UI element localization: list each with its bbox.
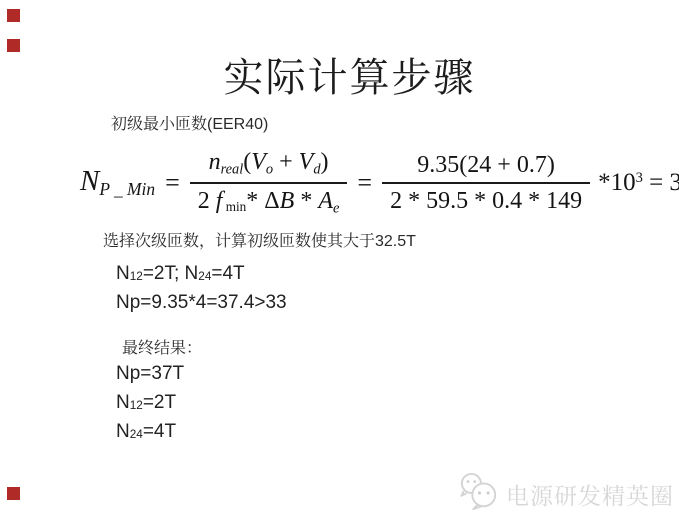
primary-turns-heading: 初级最小匝数(EER40)	[111, 111, 268, 134]
equals-sign-1: =	[163, 168, 182, 198]
red-bullet-marker-top-2	[7, 39, 20, 52]
secondary-turns-note: 选择次级匝数，计算初级匝数使其大于32.5T	[103, 228, 416, 251]
turns-calc-line-1: N12=2T; N24=4T	[116, 263, 245, 285]
watermark-text: 电源研发精英圈	[506, 478, 674, 511]
red-bullet-marker-bottom	[7, 487, 20, 500]
final-result-line-2: N12=2T	[116, 392, 176, 414]
fraction-2-denominator: 2 * 59.5 * 0.4 * 149	[382, 182, 590, 215]
equals-sign-2: =	[355, 168, 374, 198]
slide-title: 实际计算步骤	[20, 46, 679, 103]
final-result-line-1: Np=37T	[116, 363, 184, 385]
fraction-1-denominator: 2 f min* ΔB * Ae	[190, 182, 348, 217]
turns-formula: NP _ Min = nreal(Vo + Vd) 2 f min* ΔB * …	[80, 146, 679, 220]
fraction-2-numerator: 9.35(24 + 0.7)	[409, 152, 563, 182]
red-bullet-marker-top-1	[7, 9, 20, 22]
formula-fraction-2: 9.35(24 + 0.7) 2 * 59.5 * 0.4 * 149	[382, 152, 590, 215]
formula-result: *103 = 32.5	[598, 169, 679, 197]
slide-canvas: { "slide": { "title": "实际计算步骤", "heading…	[0, 0, 679, 524]
final-result-label: 最终结果：	[122, 335, 202, 358]
watermark: 电源研发精英圈	[458, 472, 674, 517]
wechat-bubbles-icon	[458, 472, 500, 517]
formula-lhs: NP _ Min	[80, 165, 155, 200]
turns-calc-line-2: Np=9.35*4=37.4>33	[116, 292, 287, 314]
fraction-1-numerator: nreal(Vo + Vd)	[201, 149, 337, 181]
formula-fraction-1: nreal(Vo + Vd) 2 f min* ΔB * Ae	[190, 149, 348, 217]
final-result-line-3: N24=4T	[116, 421, 176, 443]
